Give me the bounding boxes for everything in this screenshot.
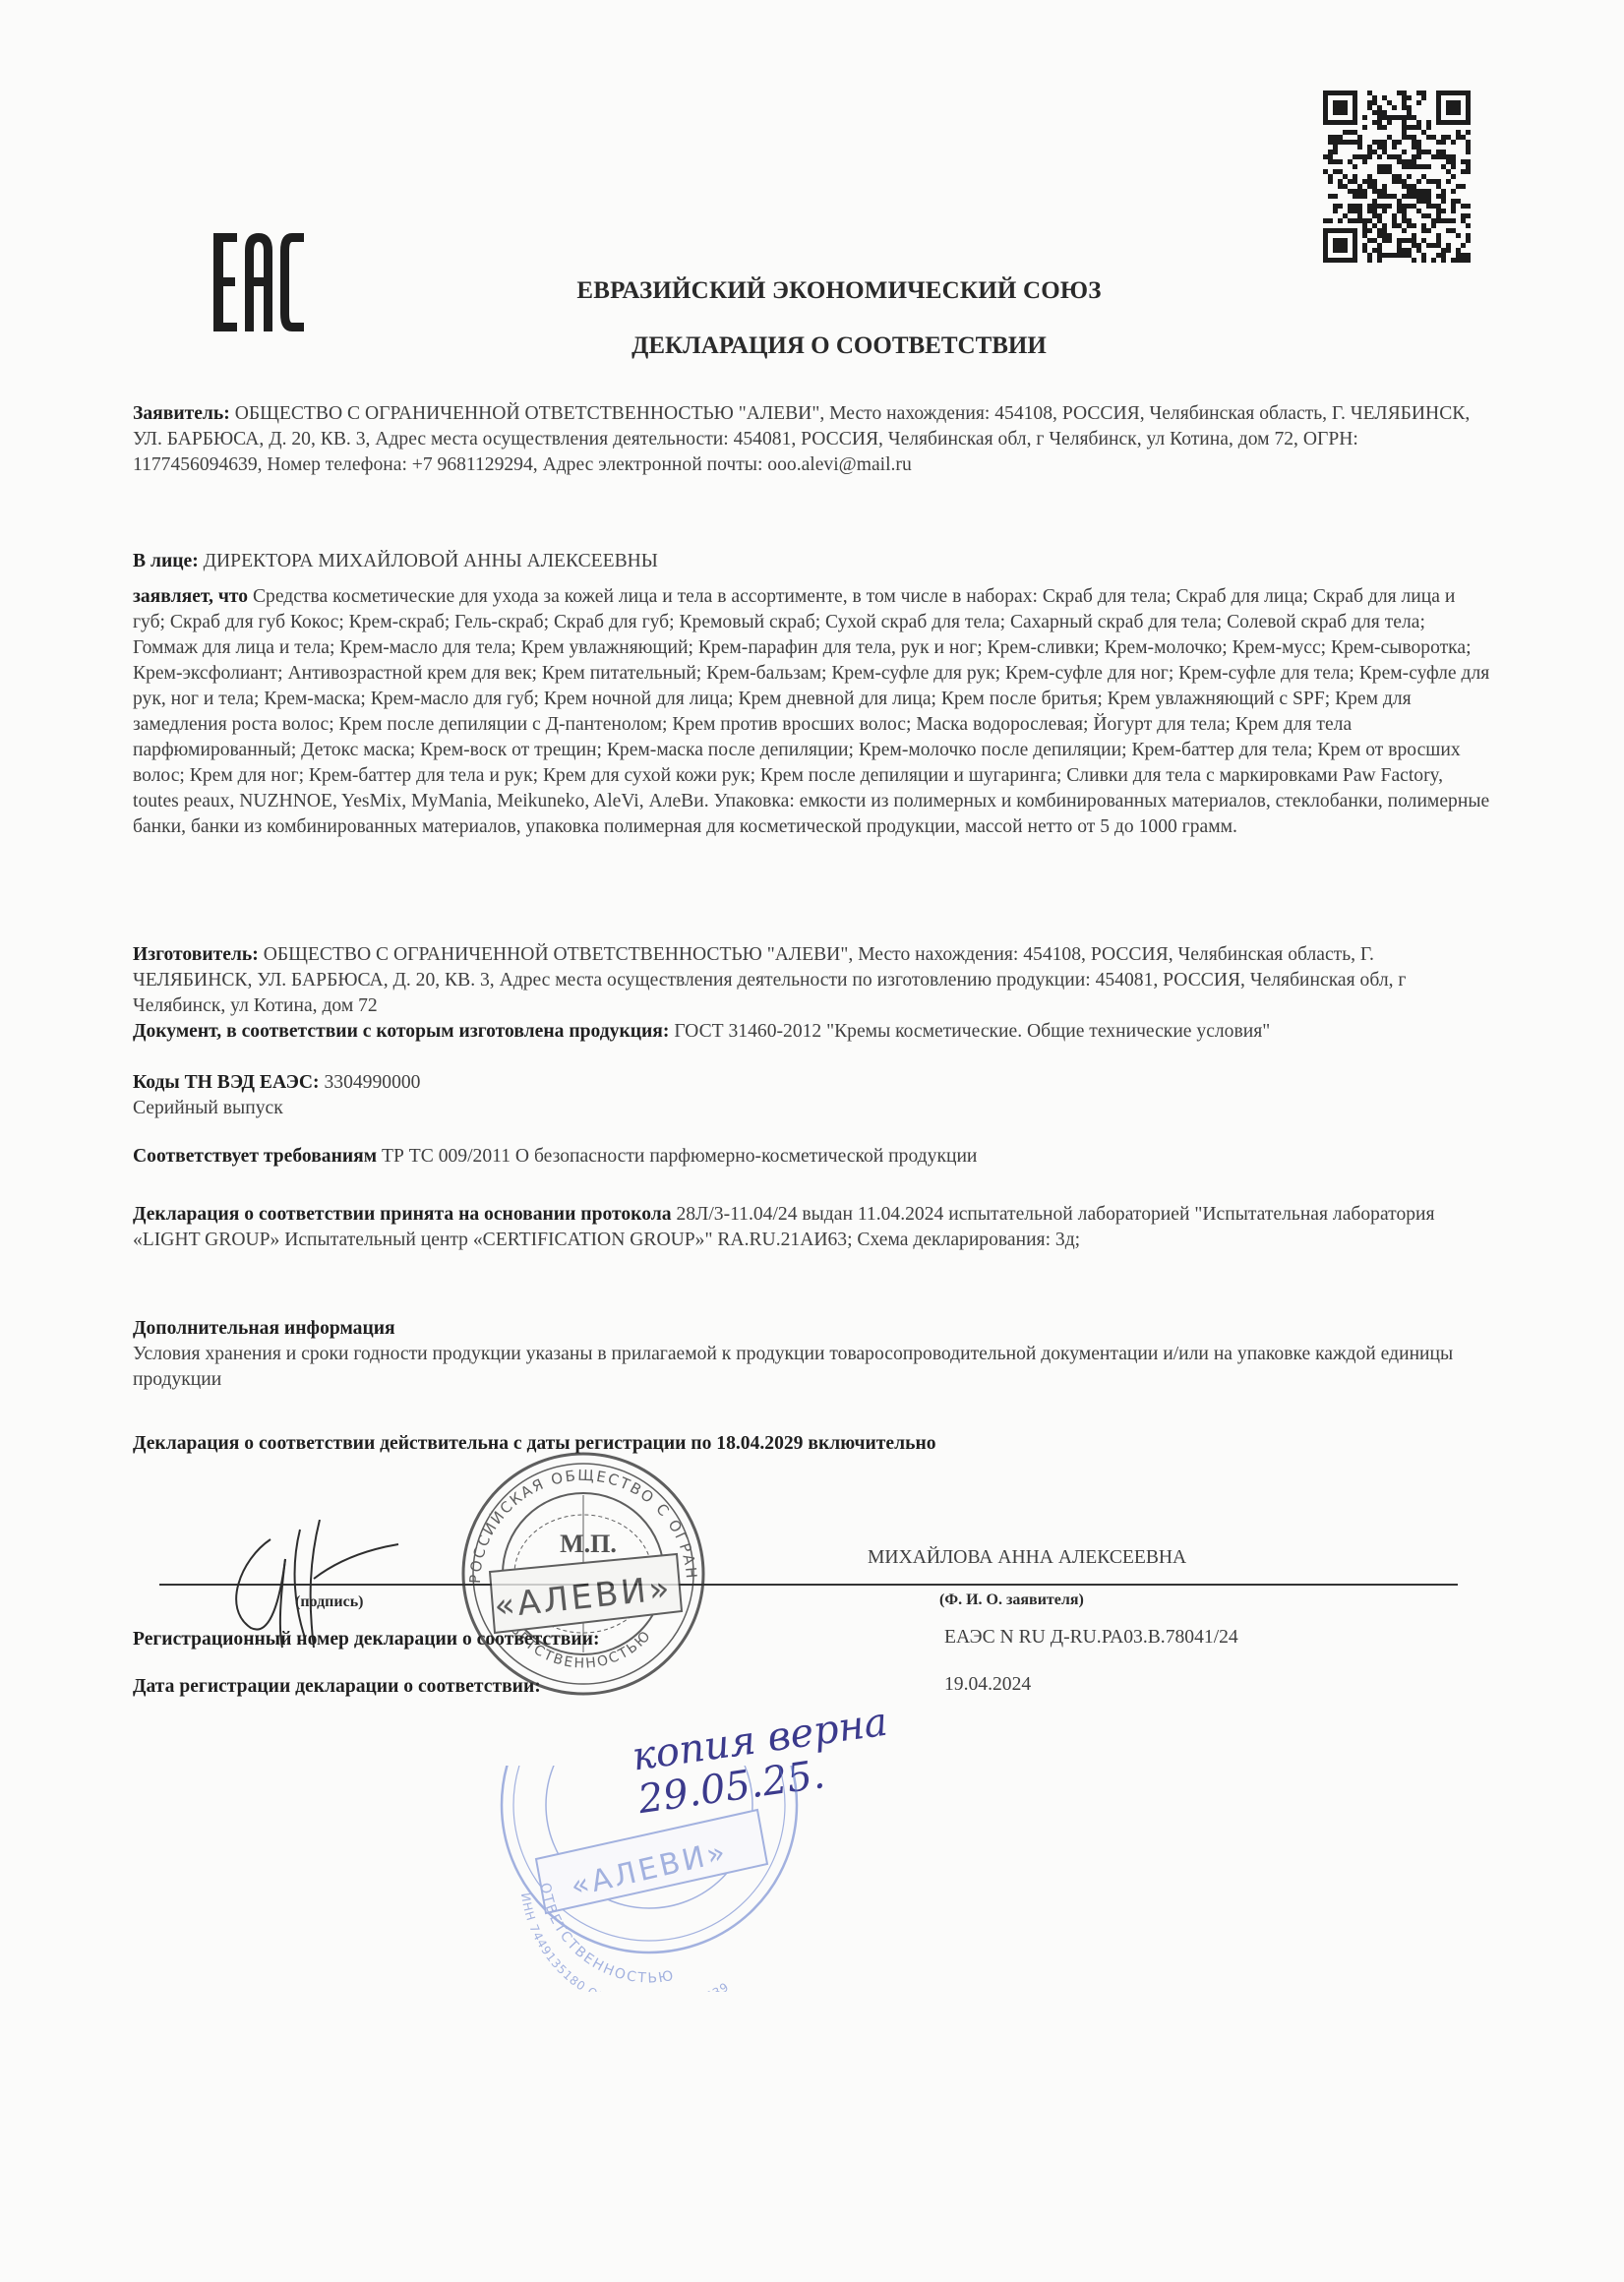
tn-ved-text: 3304990000 <box>324 1072 420 1093</box>
company-seal-black: РОССИЙСКАЯ ОБЩЕСТВО С ОГРАНИЧЕННОЙ ЧЕЛЯБ… <box>441 1436 726 1702</box>
signature-caption: (подпись) <box>295 1593 364 1611</box>
tn-ved-section: Коды ТН ВЭД ЕАЭС: 3304990000 <box>133 1070 1490 1096</box>
protocol-label: Декларация о соответствии принята на осн… <box>133 1204 672 1225</box>
declares-section: заявляет, что Средства косметические для… <box>133 584 1490 840</box>
svg-text:М.П.: М.П. <box>560 1530 617 1558</box>
complies-label: Соответствует требованиям <box>133 1146 377 1167</box>
qr-code[interactable] <box>1323 90 1471 263</box>
manufacturer-label: Изготовитель: <box>133 944 259 965</box>
applicant-label: Заявитель: <box>133 403 230 424</box>
represented-by-section: В лице: ДИРЕКТОРА МИХАЙЛОВОЙ АННЫ АЛЕКСЕ… <box>133 549 1490 574</box>
registration-number-value: ЕАЭС N RU Д-RU.РА03.В.78041/24 <box>944 1627 1238 1649</box>
complies-section: Соответствует требованиям ТР ТС 009/2011… <box>133 1144 1490 1170</box>
name-caption: (Ф. И. О. заявителя) <box>939 1591 1084 1609</box>
protocol-section: Декларация о соответствии принята на осн… <box>133 1202 1490 1253</box>
declares-label: заявляет, что <box>133 586 248 607</box>
manufacturer-section: Изготовитель: ОБЩЕСТВО С ОГРАНИЧЕННОЙ ОТ… <box>133 942 1490 1019</box>
company-seal-blue: «АЛЕВИ» ОТВЕТСТВЕННОСТЬЮ ИНН 7449135180 … <box>462 1766 816 1992</box>
document-title: ДЕКЛАРАЦИЯ О СООТВЕТСТВИИ <box>0 332 1624 360</box>
additional-label: Дополнительная информация <box>133 1318 395 1339</box>
additional-text: Условия хранения и сроки годности продук… <box>133 1344 1453 1390</box>
serial-text: Серийный выпуск <box>133 1096 1490 1121</box>
tn-ved-label: Коды ТН ВЭД ЕАЭС: <box>133 1072 320 1093</box>
applicant-name: МИХАЙЛОВА АННА АЛЕКСЕЕВНА <box>868 1547 1186 1569</box>
standard-document-section: Документ, в соответствии с которым изгот… <box>133 1019 1490 1045</box>
applicant-text: ОБЩЕСТВО С ОГРАНИЧЕННОЙ ОТВЕТСТВЕННОСТЬЮ… <box>133 403 1470 475</box>
union-title: ЕВРАЗИЙСКИЙ ЭКОНОМИЧЕСКИЙ СОЮЗ <box>0 277 1624 305</box>
standard-document-text: ГОСТ 31460-2012 "Кремы косметические. Об… <box>674 1021 1270 1042</box>
applicant-section: Заявитель: ОБЩЕСТВО С ОГРАНИЧЕННОЙ ОТВЕТ… <box>133 401 1490 478</box>
represented-by-text: ДИРЕКТОРА МИХАЙЛОВОЙ АННЫ АЛЕКСЕЕВНЫ <box>204 551 658 571</box>
manufacturer-text: ОБЩЕСТВО С ОГРАНИЧЕННОЙ ОТВЕТСТВЕННОСТЬЮ… <box>133 944 1406 1016</box>
represented-by-label: В лице: <box>133 551 199 571</box>
additional-section: Дополнительная информация Условия хранен… <box>133 1316 1490 1393</box>
complies-text: ТР ТС 009/2011 О безопасности парфюмерно… <box>382 1146 977 1167</box>
declares-text: Средства косметические для ухода за коже… <box>133 586 1489 837</box>
standard-document-label: Документ, в соответствии с которым изгот… <box>133 1021 669 1042</box>
registration-date-value: 19.04.2024 <box>944 1674 1031 1696</box>
validity-section: Декларация о соответствии действительна … <box>133 1431 1490 1457</box>
